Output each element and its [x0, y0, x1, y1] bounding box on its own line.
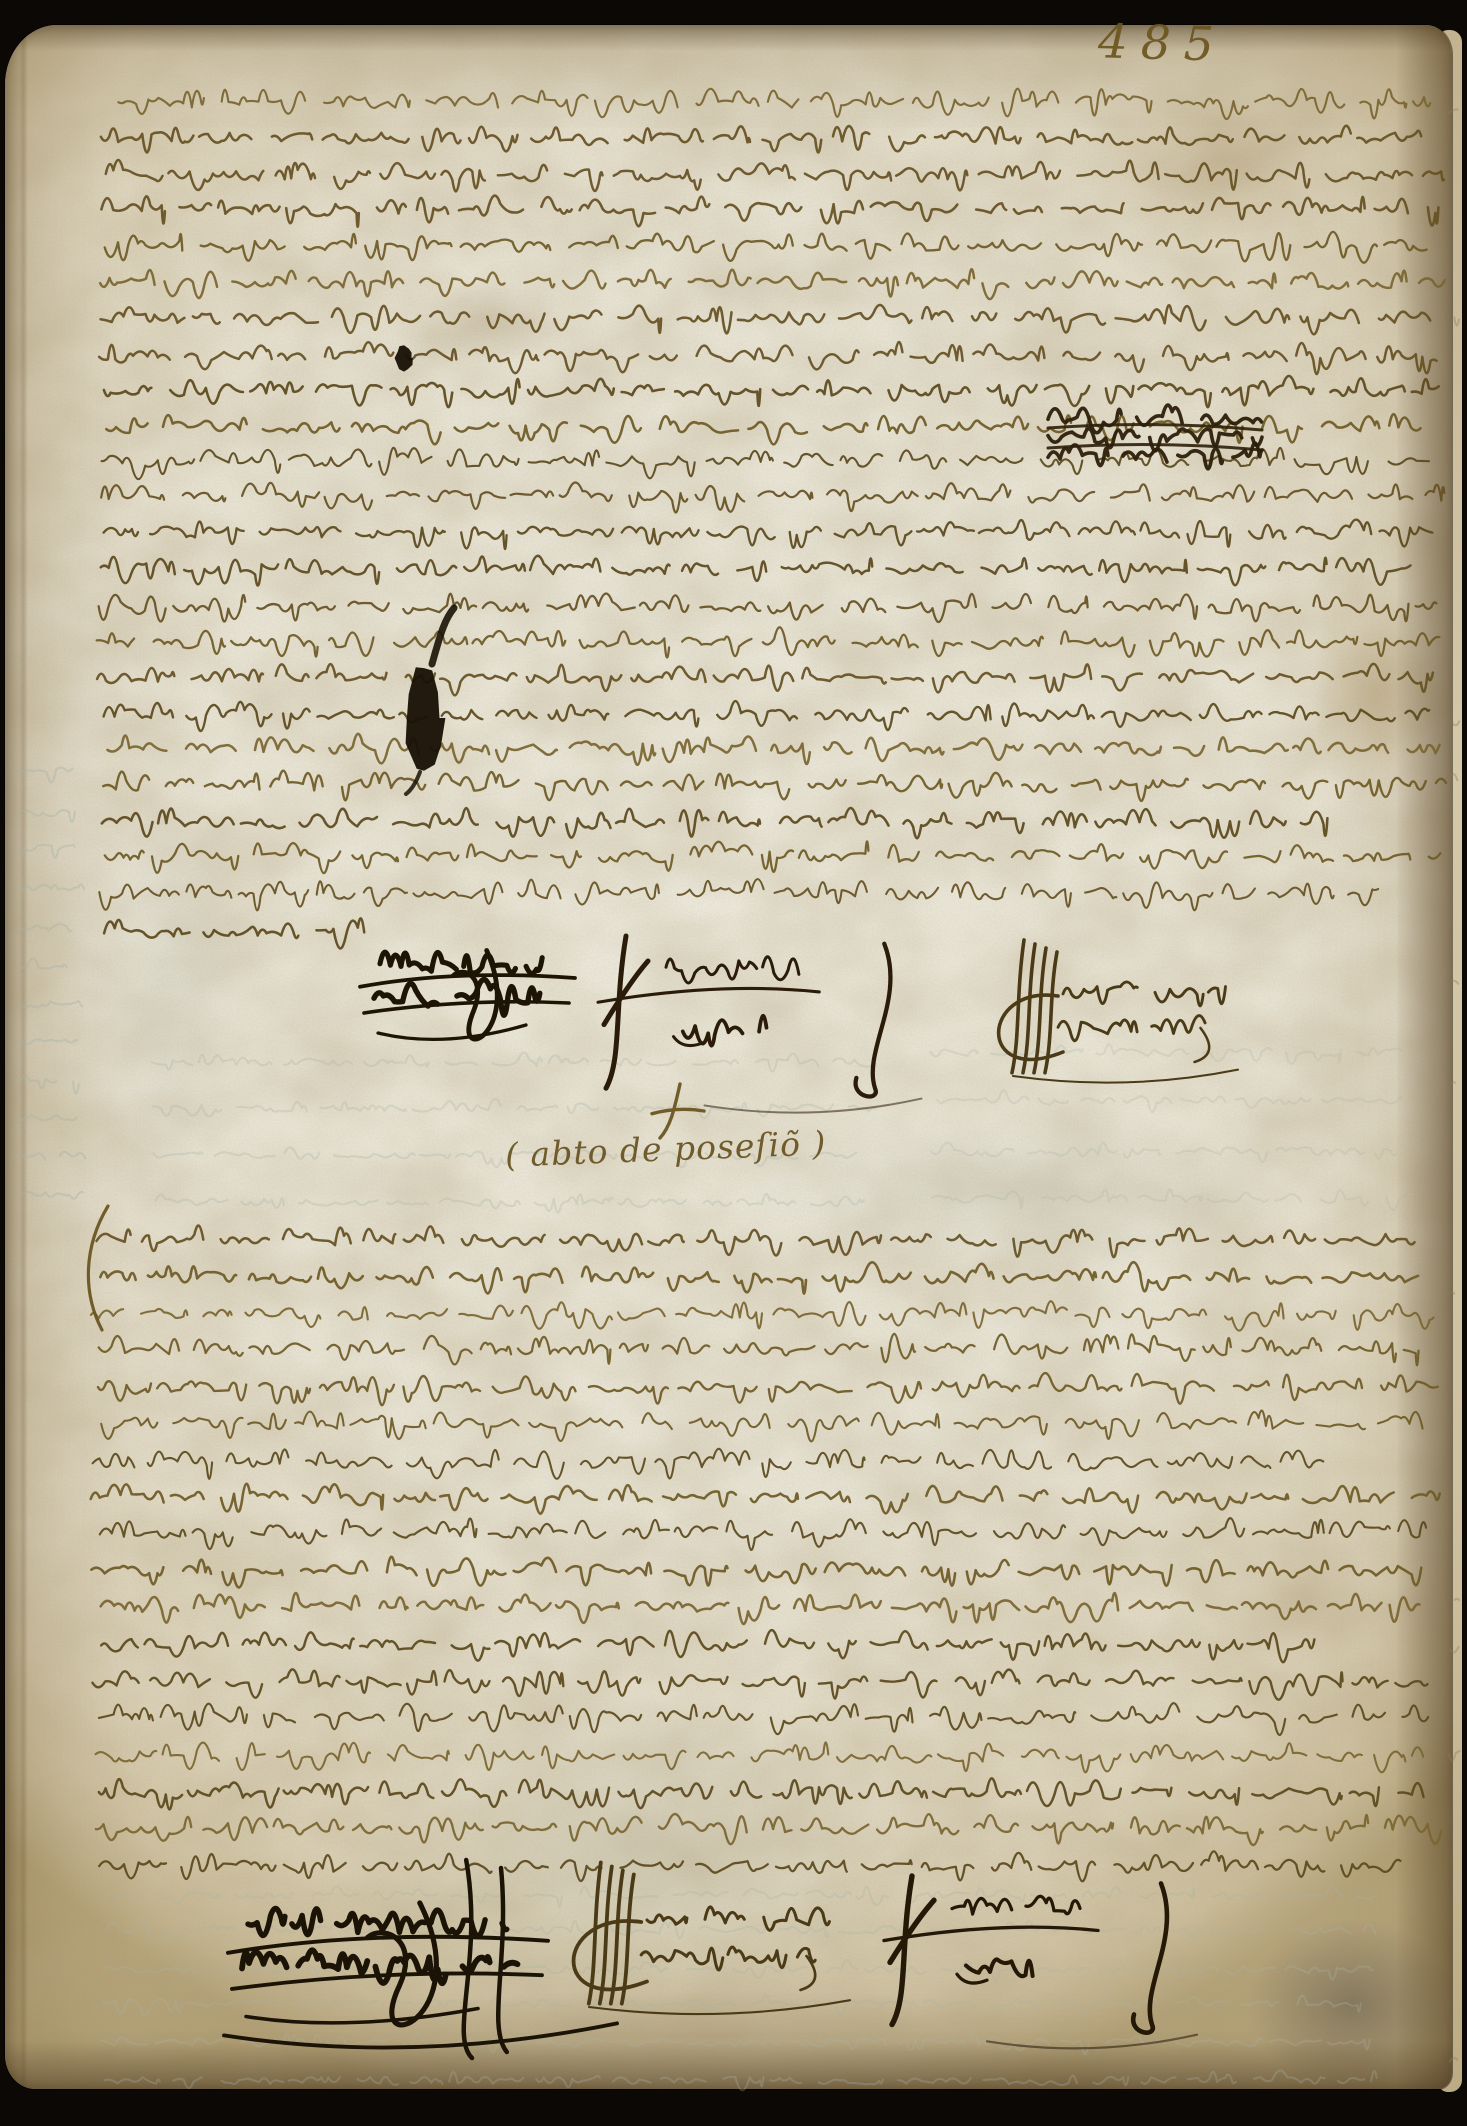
archive-photo: 485 ( abto de poseſiõ ) [0, 0, 1467, 2126]
manuscript-page [5, 25, 1452, 2089]
paper-texture [5, 25, 1452, 2089]
binding-crease [19, 25, 28, 2089]
folio-number: 485 [1097, 14, 1227, 72]
